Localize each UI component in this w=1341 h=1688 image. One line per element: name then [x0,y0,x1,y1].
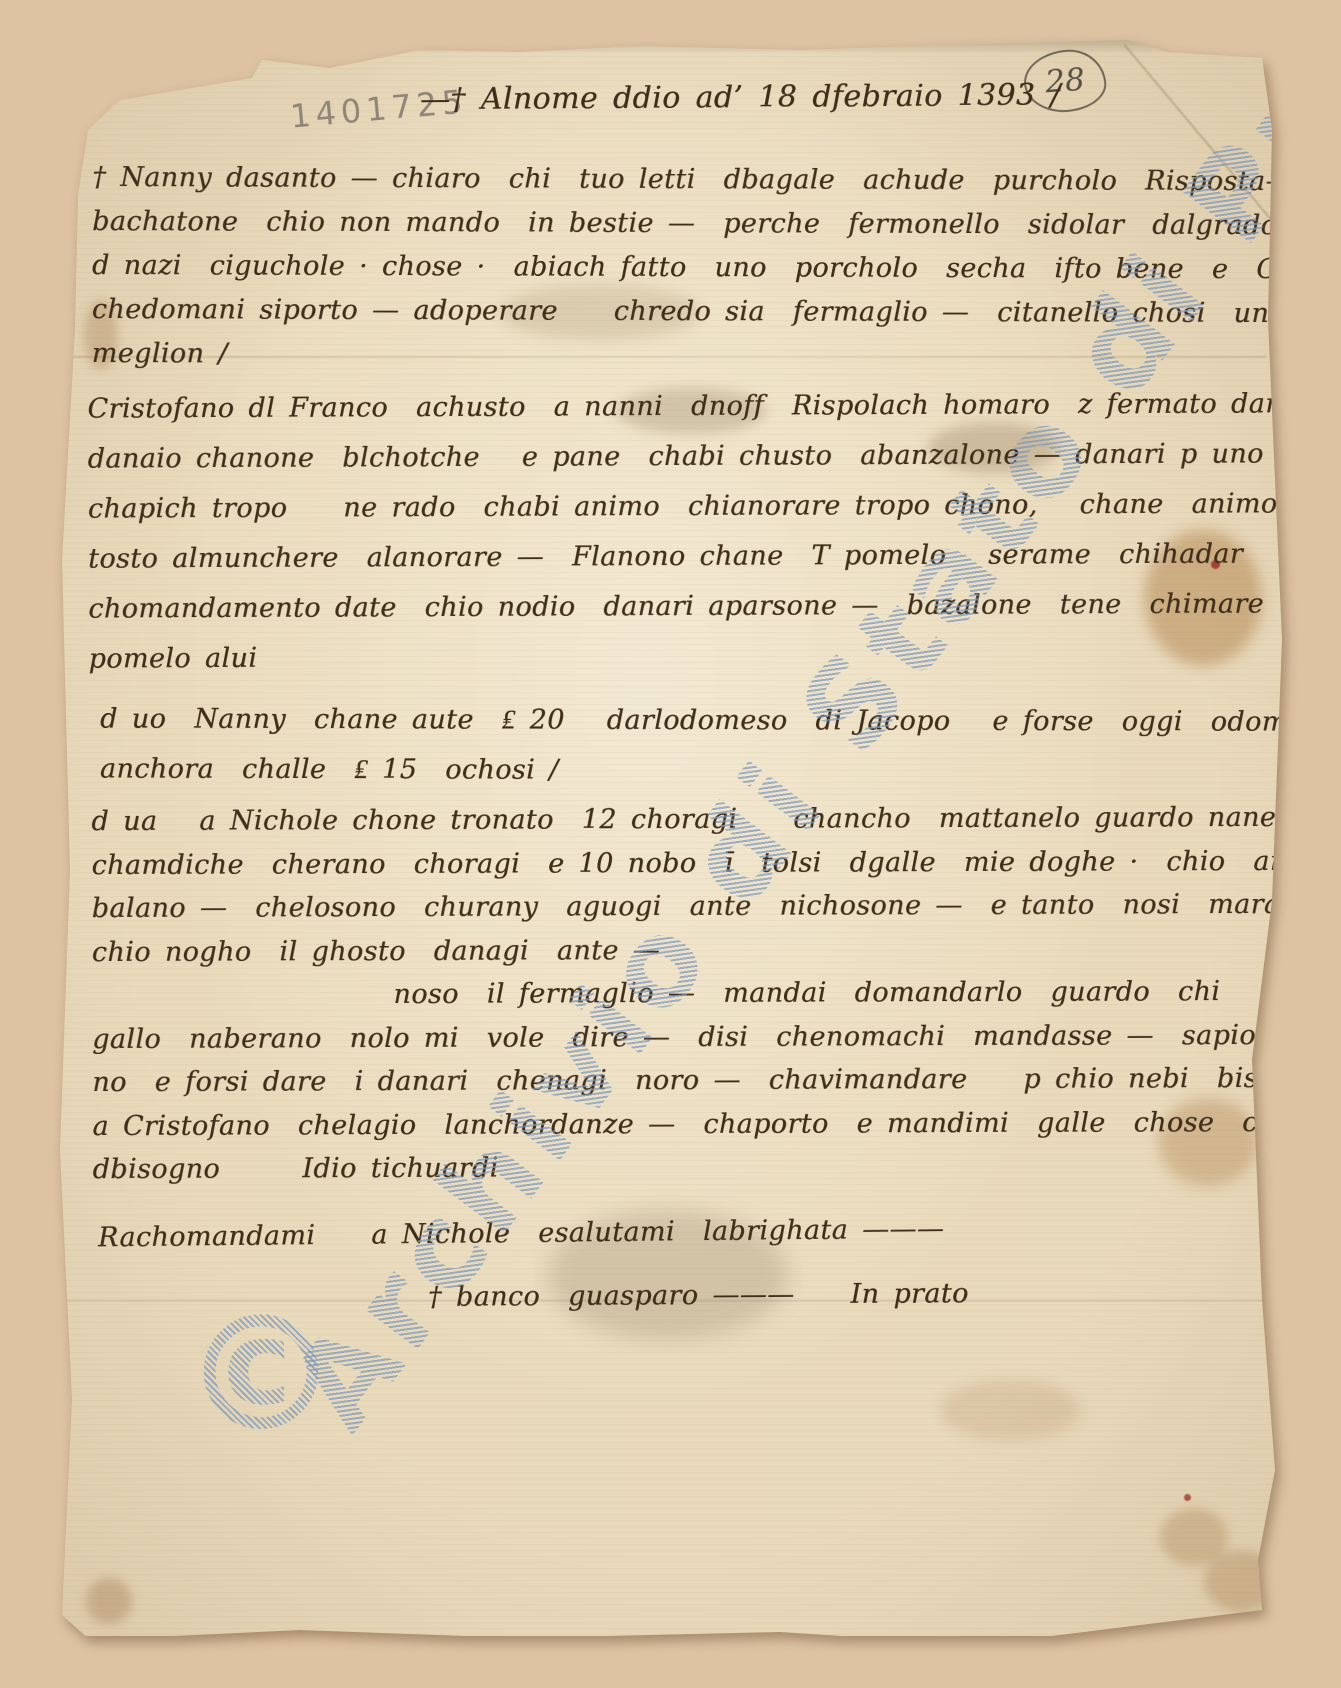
letter-paragraph-2: Cristofano dl Franco achusto a nanni dno… [87,379,1263,684]
handwritten-line: anchora challe ₤ 15 ochosi / [100,744,1275,797]
handwritten-line: d uo Nanny chane aute ₤ 20 darlodomeso d… [100,694,1275,747]
handwritten-line: a Cristofano chelagio lanchordanze — cha… [92,1100,1267,1148]
handwritten-line: d ua a Nichole chone tronato 12 choragi … [91,796,1266,844]
letter-paragraph-4: d ua a Nichole chone tronato 12 choragi … [91,796,1267,1192]
handwritten-line: chamdiche cherano choragi e 10 nobo ī to… [91,839,1266,887]
handwritten-line: chomandamento date chio nodio danari apa… [88,579,1263,634]
letter-dateline: —† Alnome ddio ad’ 18 dfebraio 1393 / [420,78,1061,117]
handwritten-line: chio nogho il ghosto danagi ante — [92,926,1267,974]
handwritten-line: dbisogno Idio tichuardi [93,1144,1268,1192]
handwritten-line: no e forsi dare i danari chenagi noro — … [92,1057,1267,1105]
letter-closing-line: Rachomandami a Nichole esalutami labrigh… [98,1214,945,1254]
handwritten-line: tosto almunchere alanorare — Flanono cha… [88,529,1263,584]
handwritten-line: chedomani siporto — adoperare chredo sia… [92,288,1267,336]
handwritten-line: chapich tropo ne rado chabi animo chiano… [88,479,1263,534]
letter-paragraph-3: d uo Nanny chane aute ₤ 20 darlodomeso d… [100,694,1275,797]
handwritten-line: gallo naberano nolo mi vole dire — disi … [92,1013,1267,1061]
handwritten-line: danaio chanone blchotche e pane chabi ch… [88,429,1263,484]
handwritten-line: d nazi ciguchole · chose · abiach fatto … [92,244,1267,292]
manuscript-paper: 1401725 28 —† Alnome ddio ad’ 18 dfebrai… [56,38,1284,1636]
handwritten-line: † Nanny dasanto — chiaro chi tuo letti d… [92,156,1267,204]
manuscript-scan-background: 1401725 28 —† Alnome ddio ad’ 18 dfebrai… [0,0,1341,1688]
stain [1160,1508,1228,1566]
handwritten-line: noso il fermaglio — mandai domandarlo gu… [92,970,1267,1018]
stain [940,1380,1080,1440]
handwritten-line: meglion / [92,332,1267,380]
copyright-watermark-icon: © [182,1296,340,1454]
handwritten-line: balano — chelosono churany aguogi ante n… [92,883,1267,931]
handwritten-line: bachatone chio non mando in bestie — per… [92,200,1267,248]
ink-speck [1184,1494,1191,1501]
letter-signature-line: † banco guasparo ——— In prato [428,1278,969,1313]
letter-paragraph-1: † Nanny dasanto — chiaro chi tuo letti d… [92,156,1268,380]
stain [1204,1550,1278,1612]
paper-shadow: 1401725 28 —† Alnome ddio ad’ 18 dfebrai… [0,0,1341,1688]
handwritten-line: pomelo alui [88,629,1263,684]
handwritten-line: Cristofano dl Franco achusto a nanni dno… [87,379,1262,434]
stain [86,1578,132,1624]
